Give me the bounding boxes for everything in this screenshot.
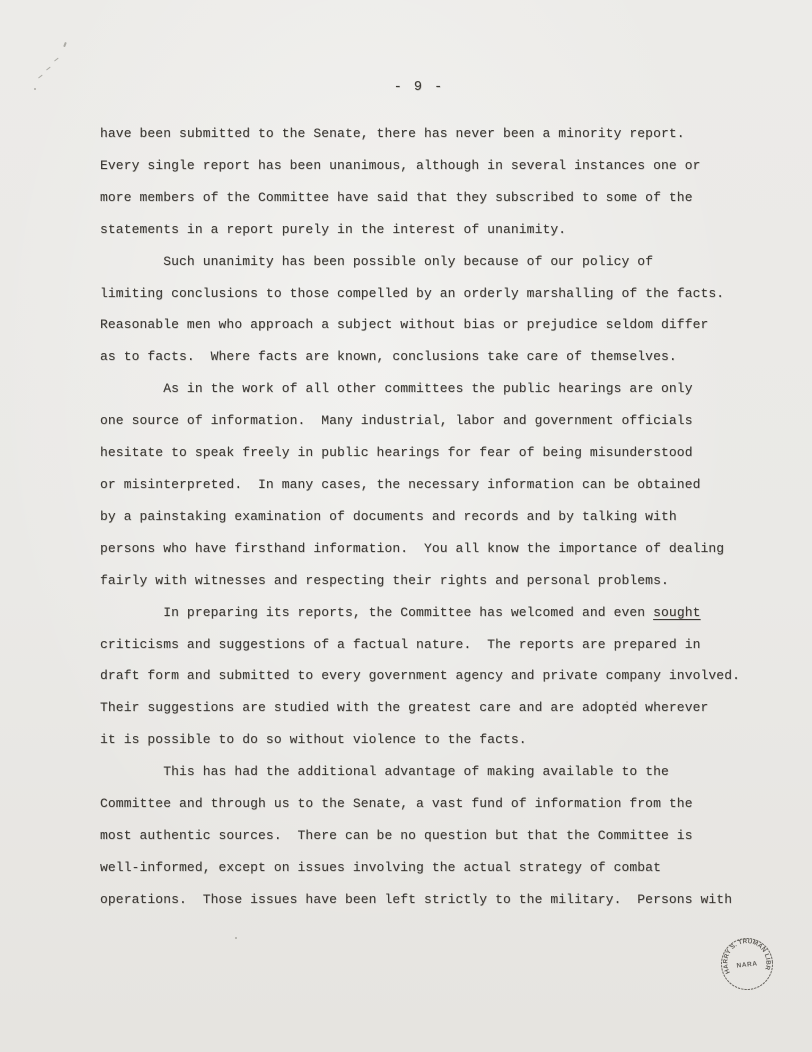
paragraph-unanimity-policy: Such unanimity has been possible only be… [100,246,765,374]
paper-speck [34,88,36,90]
paragraph-report-preparation-post: criticisms and suggestions of a factual … [100,637,740,748]
paper-speck [54,58,59,62]
scanned-document-page: - 9 - have been submitted to the Senate,… [0,0,812,1052]
paper-speck [626,701,628,703]
paragraph-minority-report: have been submitted to the Senate, there… [100,118,765,246]
paragraph-committee-informed: This has had the additional advantage of… [100,756,765,916]
page-number: - 9 - [0,80,812,95]
svg-text:HARRY S. TRUMAN LIBRARY: HARRY S. TRUMAN LIBRARY [714,931,772,977]
stamp-center-label: NARA [736,960,758,969]
paragraph-report-preparation-pre: In preparing its reports, the Committee … [100,605,653,620]
underlined-word-sought: sought [653,605,700,620]
stamp-ring-label: HARRY S. TRUMAN LIBRARY [714,931,772,977]
document-body: have been submitted to the Senate, there… [100,118,765,916]
truman-library-nara-stamp: HARRY S. TRUMAN LIBRARY NARA [714,931,780,997]
paragraph-sources-of-information: As in the work of all other committees t… [100,373,765,596]
paper-speck [38,75,43,79]
paper-speck [235,937,237,939]
paper-speck [63,42,66,47]
paper-speck [46,67,51,71]
paragraph-report-preparation: In preparing its reports, the Committee … [100,597,765,757]
